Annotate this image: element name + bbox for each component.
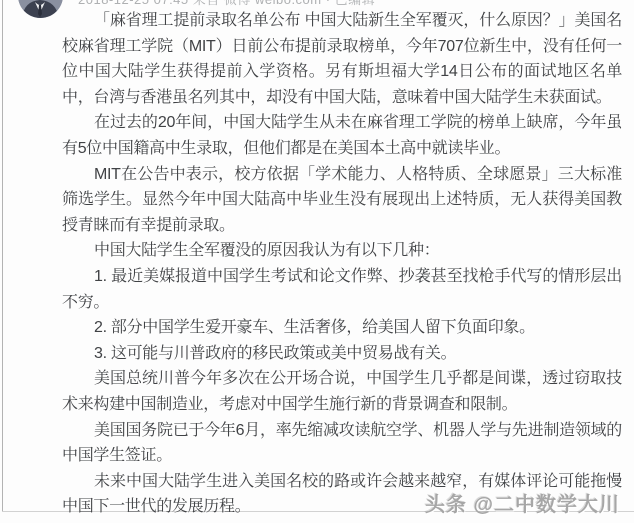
post-paragraph: 3. 这可能与川普政府的移民政策或美中贸易战有关。 xyxy=(62,341,622,367)
post-paragraph: 1. 最近美媒报道中国学生考试和论文作弊、抄袭甚至找枪手代写的情形层出不穷。 xyxy=(62,264,622,315)
user-avatar[interactable] xyxy=(18,0,63,18)
weibo-post-screenshot: 2018-12-25 07:45 来自 微博 weibo.com · 已编辑 「… xyxy=(0,0,634,523)
post-paragraph: 在过去的20年间，中国大陆学生从未在麻省理工学院的榜单上缺席，今年虽有5位中国籍… xyxy=(62,110,622,161)
toutiao-watermark: 头条 @二中数学大川 xyxy=(425,488,620,517)
post-paragraph: 2. 部分中国学生爱开豪车、生活奢侈，给美国人留下负面印象。 xyxy=(62,315,622,341)
post-paragraph: 「麻省理工提前录取名单公布 中国大陆新生全军覆灭，什么原因？」美国名校麻省理工学… xyxy=(62,8,622,110)
person-avatar-icon xyxy=(18,0,63,18)
left-border-line xyxy=(2,0,3,512)
post-paragraph: 美国国务院已于今年6月，率先缩减攻读航空学、机器人学与先进制造领域的中国学生签证… xyxy=(62,418,622,469)
post-paragraph: MIT在公告中表示，校方依据「学术能力、人格特质、全球愿景」三大标准筛选学生。显… xyxy=(62,162,622,239)
post-body: 「麻省理工提前录取名单公布 中国大陆新生全军覆灭，什么原因？」美国名校麻省理工学… xyxy=(62,8,622,520)
post-timestamp[interactable]: 2018-12-25 07:45 来自 微博 weibo.com · 已编辑 xyxy=(78,0,375,8)
post-paragraph: 美国总统川普今年多次在公开场合说，中国学生几乎都是间谍，透过窃取技术来构建中国制… xyxy=(62,366,622,417)
post-paragraph: 中国大陆学生全军覆没的原因我认为有以下几种： xyxy=(62,238,622,264)
